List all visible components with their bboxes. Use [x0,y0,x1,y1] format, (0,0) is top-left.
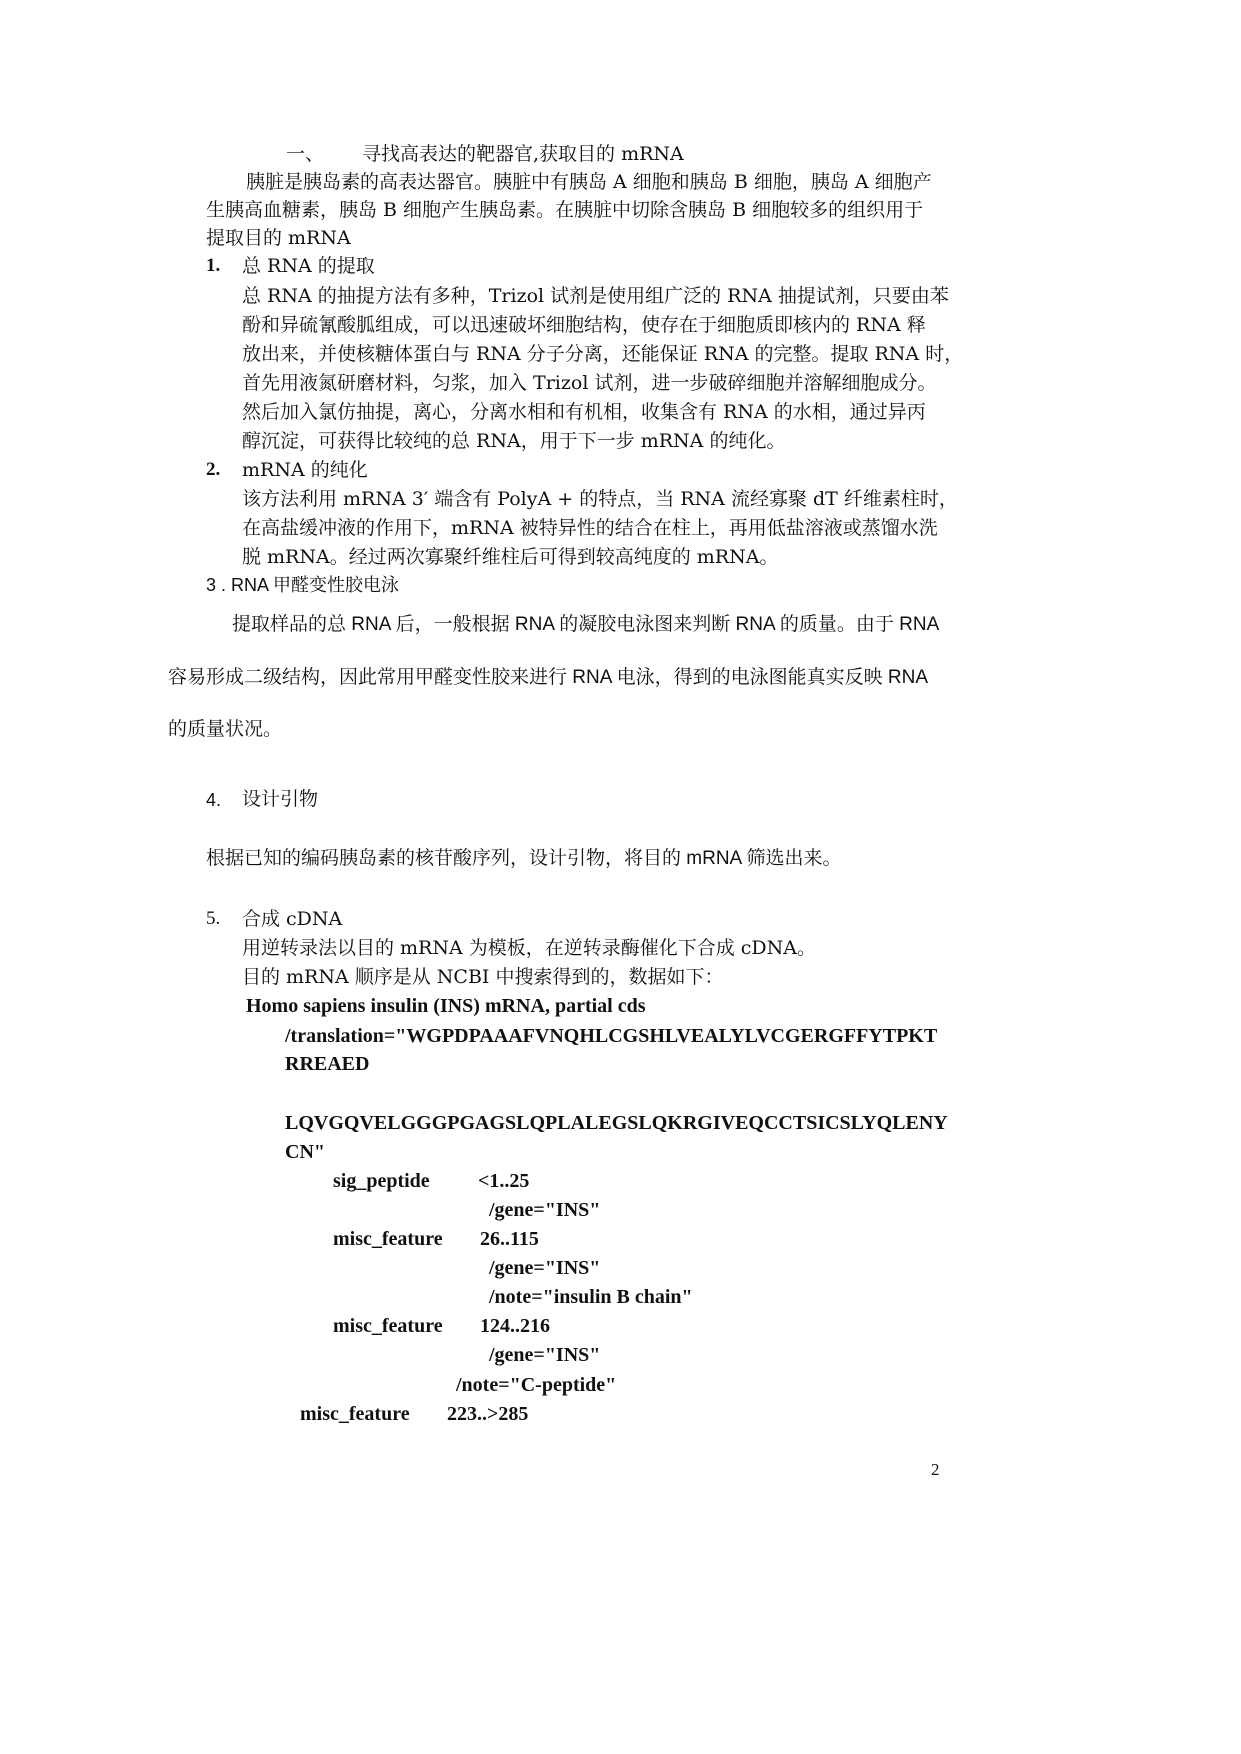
page-number: 2 [931,1454,940,1486]
step1-line: 首先用液氮研磨材料，匀浆，加入 Trizol 试剂，进一步破碎细胞并溶解细胞成分… [242,367,936,399]
step1-line: 总 RNA 的抽提方法有多种，Trizol 试剂是使用组广泛的 RNA 抽提试剂… [242,280,949,312]
step2-line: 该方法利用 mRNA 3′ 端含有 PolyA + 的特点，当 RNA 流经寡聚… [242,483,958,515]
document-page: 一、 寻找高表达的靶器官,获取目的 mRNA 胰脏是胰岛素的高表达器官。胰脏中有… [0,0,1241,1754]
feature-key: misc_feature [333,1310,443,1342]
feature-location: <1..25 [478,1165,529,1197]
step2-number: 2. [206,454,220,486]
feature-location: 26..115 [480,1223,539,1255]
step2-line: 在高盐缓冲液的作用下，mRNA 被特异性的结合在柱上，再用低盐溶液或蒸馏水洗 [242,512,938,544]
feature-key: sig_peptide [333,1165,430,1197]
step4-number: 4. [206,784,221,816]
feature-qualifier: /note="insulin B chain" [489,1281,693,1313]
translation-line: CN" [285,1136,325,1168]
step1-number: 1. [206,250,220,282]
step1-heading: 总 RNA 的提取 [242,250,375,282]
feature-qualifier: /gene="INS" [489,1252,600,1284]
feature-key: misc_feature [300,1398,410,1430]
step5-heading: 合成 cDNA [242,903,342,935]
translation-line: LQVGQVELGGGPGAGSLQPLALEGSLQKRGIVEQCCTSIC… [285,1107,948,1139]
feature-location: 223..>285 [447,1398,528,1430]
feature-qualifier: /note="C-peptide" [456,1369,616,1401]
step1-line: 然后加入氯仿抽提，离心，分离水相和有机相，收集含有 RNA 的水相，通过异丙 [242,396,926,428]
step3-line: 提取样品的总 RNA 后，一般根据 RNA 的凝胶电泳图来判断 RNA 的质量。… [232,609,939,641]
step1-line: 酚和异硫氰酸胍组成，可以迅速破坏细胞结构，使存在于细胞质即核内的 RNA 释 [242,309,926,341]
step4-body: 根据已知的编码胰岛素的核苷酸序列，设计引物，将目的 mRNA 筛选出来。 [206,843,841,875]
step5-number: 5. [206,903,220,935]
step5-line: 目的 mRNA 顺序是从 NCBI 中搜索得到的，数据如下： [242,961,723,993]
step1-line: 醇沉淀，可获得比较纯的总 RNA，用于下一步 mRNA 的纯化。 [242,425,785,457]
feature-qualifier: /gene="INS" [489,1339,600,1371]
step4-heading: 设计引物 [242,784,318,816]
step3-heading: 3 . RNA 甲醛变性胶电泳 [206,569,399,601]
genbank-title: Homo sapiens insulin (INS) mRNA, partial… [246,990,646,1022]
step3-line: 的质量状况。 [168,714,282,746]
translation-line: RREAED [285,1048,369,1080]
step3-line: 容易形成二级结构，因此常用甲醛变性胶来进行 RNA 电泳，得到的电泳图能真实反映… [168,662,928,694]
feature-key: misc_feature [333,1223,443,1255]
step2-heading: mRNA 的纯化 [242,454,368,486]
feature-qualifier: /gene="INS" [489,1194,600,1226]
step5-line: 用逆转录法以目的 mRNA 为模板，在逆转录酶催化下合成 cDNA。 [242,932,816,964]
step1-line: 放出来，并使核糖体蛋白与 RNA 分子分离，还能保证 RNA 的完整。提取 RN… [242,338,963,370]
feature-location: 124..216 [480,1310,550,1342]
translation-line: /translation="WGPDPAAAFVNQHLCGSHLVEALYLV… [285,1020,937,1052]
